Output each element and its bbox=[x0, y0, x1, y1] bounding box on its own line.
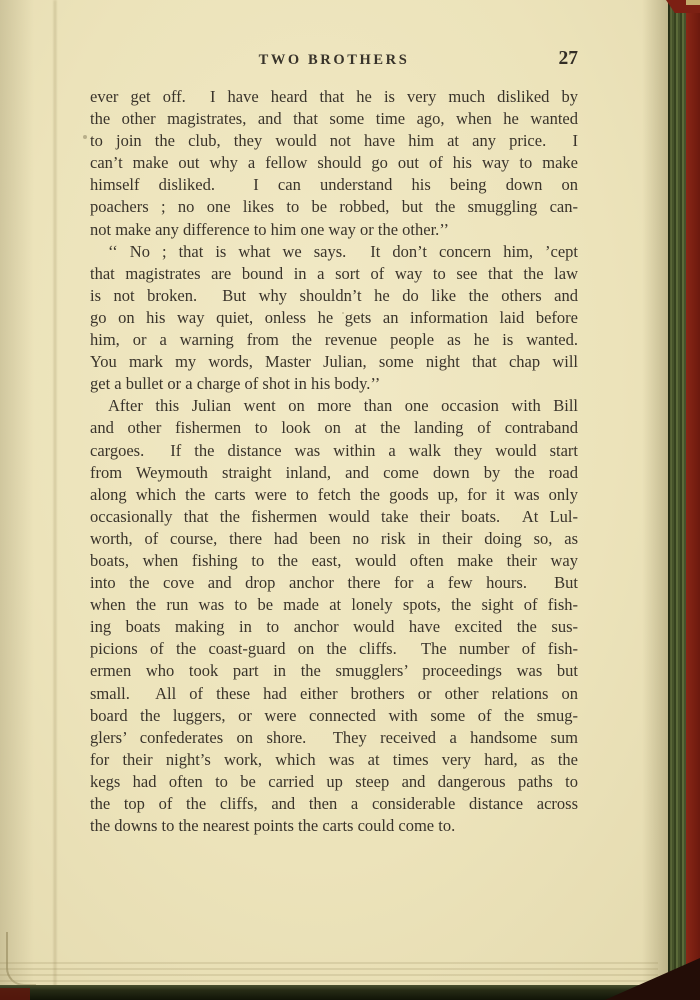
paragraph: After this Julian went on more than one … bbox=[90, 395, 578, 837]
text-line: into the cove and drop anchor there for … bbox=[90, 572, 578, 594]
running-header: TWO BROTHERS 27 bbox=[90, 52, 578, 74]
text-line: occasionally that the fishermen would ta… bbox=[90, 506, 578, 528]
foxing-specks bbox=[83, 135, 87, 139]
text-line: cargoes. If the distance was within a wa… bbox=[90, 440, 578, 462]
body-text: ever get off. I have heard that he is ve… bbox=[90, 86, 578, 837]
text-line: go on his way quiet, onless he gets an i… bbox=[90, 307, 578, 329]
text-line: ‘‘ No ; that is what we says. It don’t c… bbox=[90, 241, 578, 263]
left-edge-shadow bbox=[0, 0, 34, 1000]
text-line: ever get off. I have heard that he is ve… bbox=[90, 86, 578, 108]
text-line: ing boats making in to anchor would have… bbox=[90, 616, 578, 638]
book-cover-cloth-edge bbox=[668, 0, 686, 1000]
text-line: the other magistrates, and that some tim… bbox=[90, 108, 578, 130]
text-line: glers’ confederates on shore. They recei… bbox=[90, 727, 578, 749]
text-line: that magistrates are bound in a sort of … bbox=[90, 263, 578, 285]
text-line: small. All of these had either brothers … bbox=[90, 683, 578, 705]
paragraph: ever get off. I have heard that he is ve… bbox=[90, 86, 578, 241]
book-page-scan: TWO BROTHERS 27 ever get off. I have hea… bbox=[0, 0, 700, 1000]
text-line: the downs to the nearest points the cart… bbox=[90, 815, 578, 837]
text-line: from Weymouth straight inland, and come … bbox=[90, 462, 578, 484]
text-line: picions of the coast-guard on the cliffs… bbox=[90, 638, 578, 660]
right-page-edge-shadow bbox=[642, 0, 668, 1000]
text-line: You mark my words, Master Julian, some n… bbox=[90, 351, 578, 373]
text-line: boats, when fishing to the east, would o… bbox=[90, 550, 578, 572]
cover-corner-bottom-left bbox=[0, 988, 30, 1000]
text-line: for their night’s work, which was at tim… bbox=[90, 749, 578, 771]
page-number: 27 bbox=[559, 48, 579, 70]
text-line: board the luggers, or were connected wit… bbox=[90, 705, 578, 727]
text-line: can’t make out why a fellow should go ou… bbox=[90, 152, 578, 174]
gutter-crease bbox=[54, 0, 56, 1000]
text-line: worth, of course, there had been no risk… bbox=[90, 528, 578, 550]
page-stack-edges bbox=[0, 962, 658, 986]
text-line: is not broken. But why shouldn’t he do l… bbox=[90, 285, 578, 307]
text-line: ermen who took part in the smugglers’ pr… bbox=[90, 660, 578, 682]
text-line: the top of the cliffs, and then a consid… bbox=[90, 793, 578, 815]
header-title: TWO BROTHERS bbox=[90, 52, 578, 69]
text-line: kegs had often to be carried up steep an… bbox=[90, 771, 578, 793]
paragraph: ‘‘ No ; that is what we says. It don’t c… bbox=[90, 241, 578, 396]
text-line: poachers ; no one likes to be robbed, bu… bbox=[90, 196, 578, 218]
text-line: and other fishermen to look on at the la… bbox=[90, 417, 578, 439]
text-line: himself disliked. I can understand his b… bbox=[90, 174, 578, 196]
bottom-cover-shadow bbox=[0, 985, 700, 1000]
text-line: get a bullet or a charge of shot in his … bbox=[90, 373, 578, 395]
book-cover-maroon-edge bbox=[686, 0, 700, 1000]
text-line: when the run was to be made at lonely sp… bbox=[90, 594, 578, 616]
text-line: along which the carts were to fetch the … bbox=[90, 484, 578, 506]
text-line: After this Julian went on more than one … bbox=[90, 395, 578, 417]
text-line: him, or a warning from the revenue peopl… bbox=[90, 329, 578, 351]
cover-corner-sliver bbox=[686, 0, 700, 5]
text-line: not make any difference to him one way o… bbox=[90, 219, 578, 241]
text-line: to join the club, they would not have hi… bbox=[90, 130, 578, 152]
